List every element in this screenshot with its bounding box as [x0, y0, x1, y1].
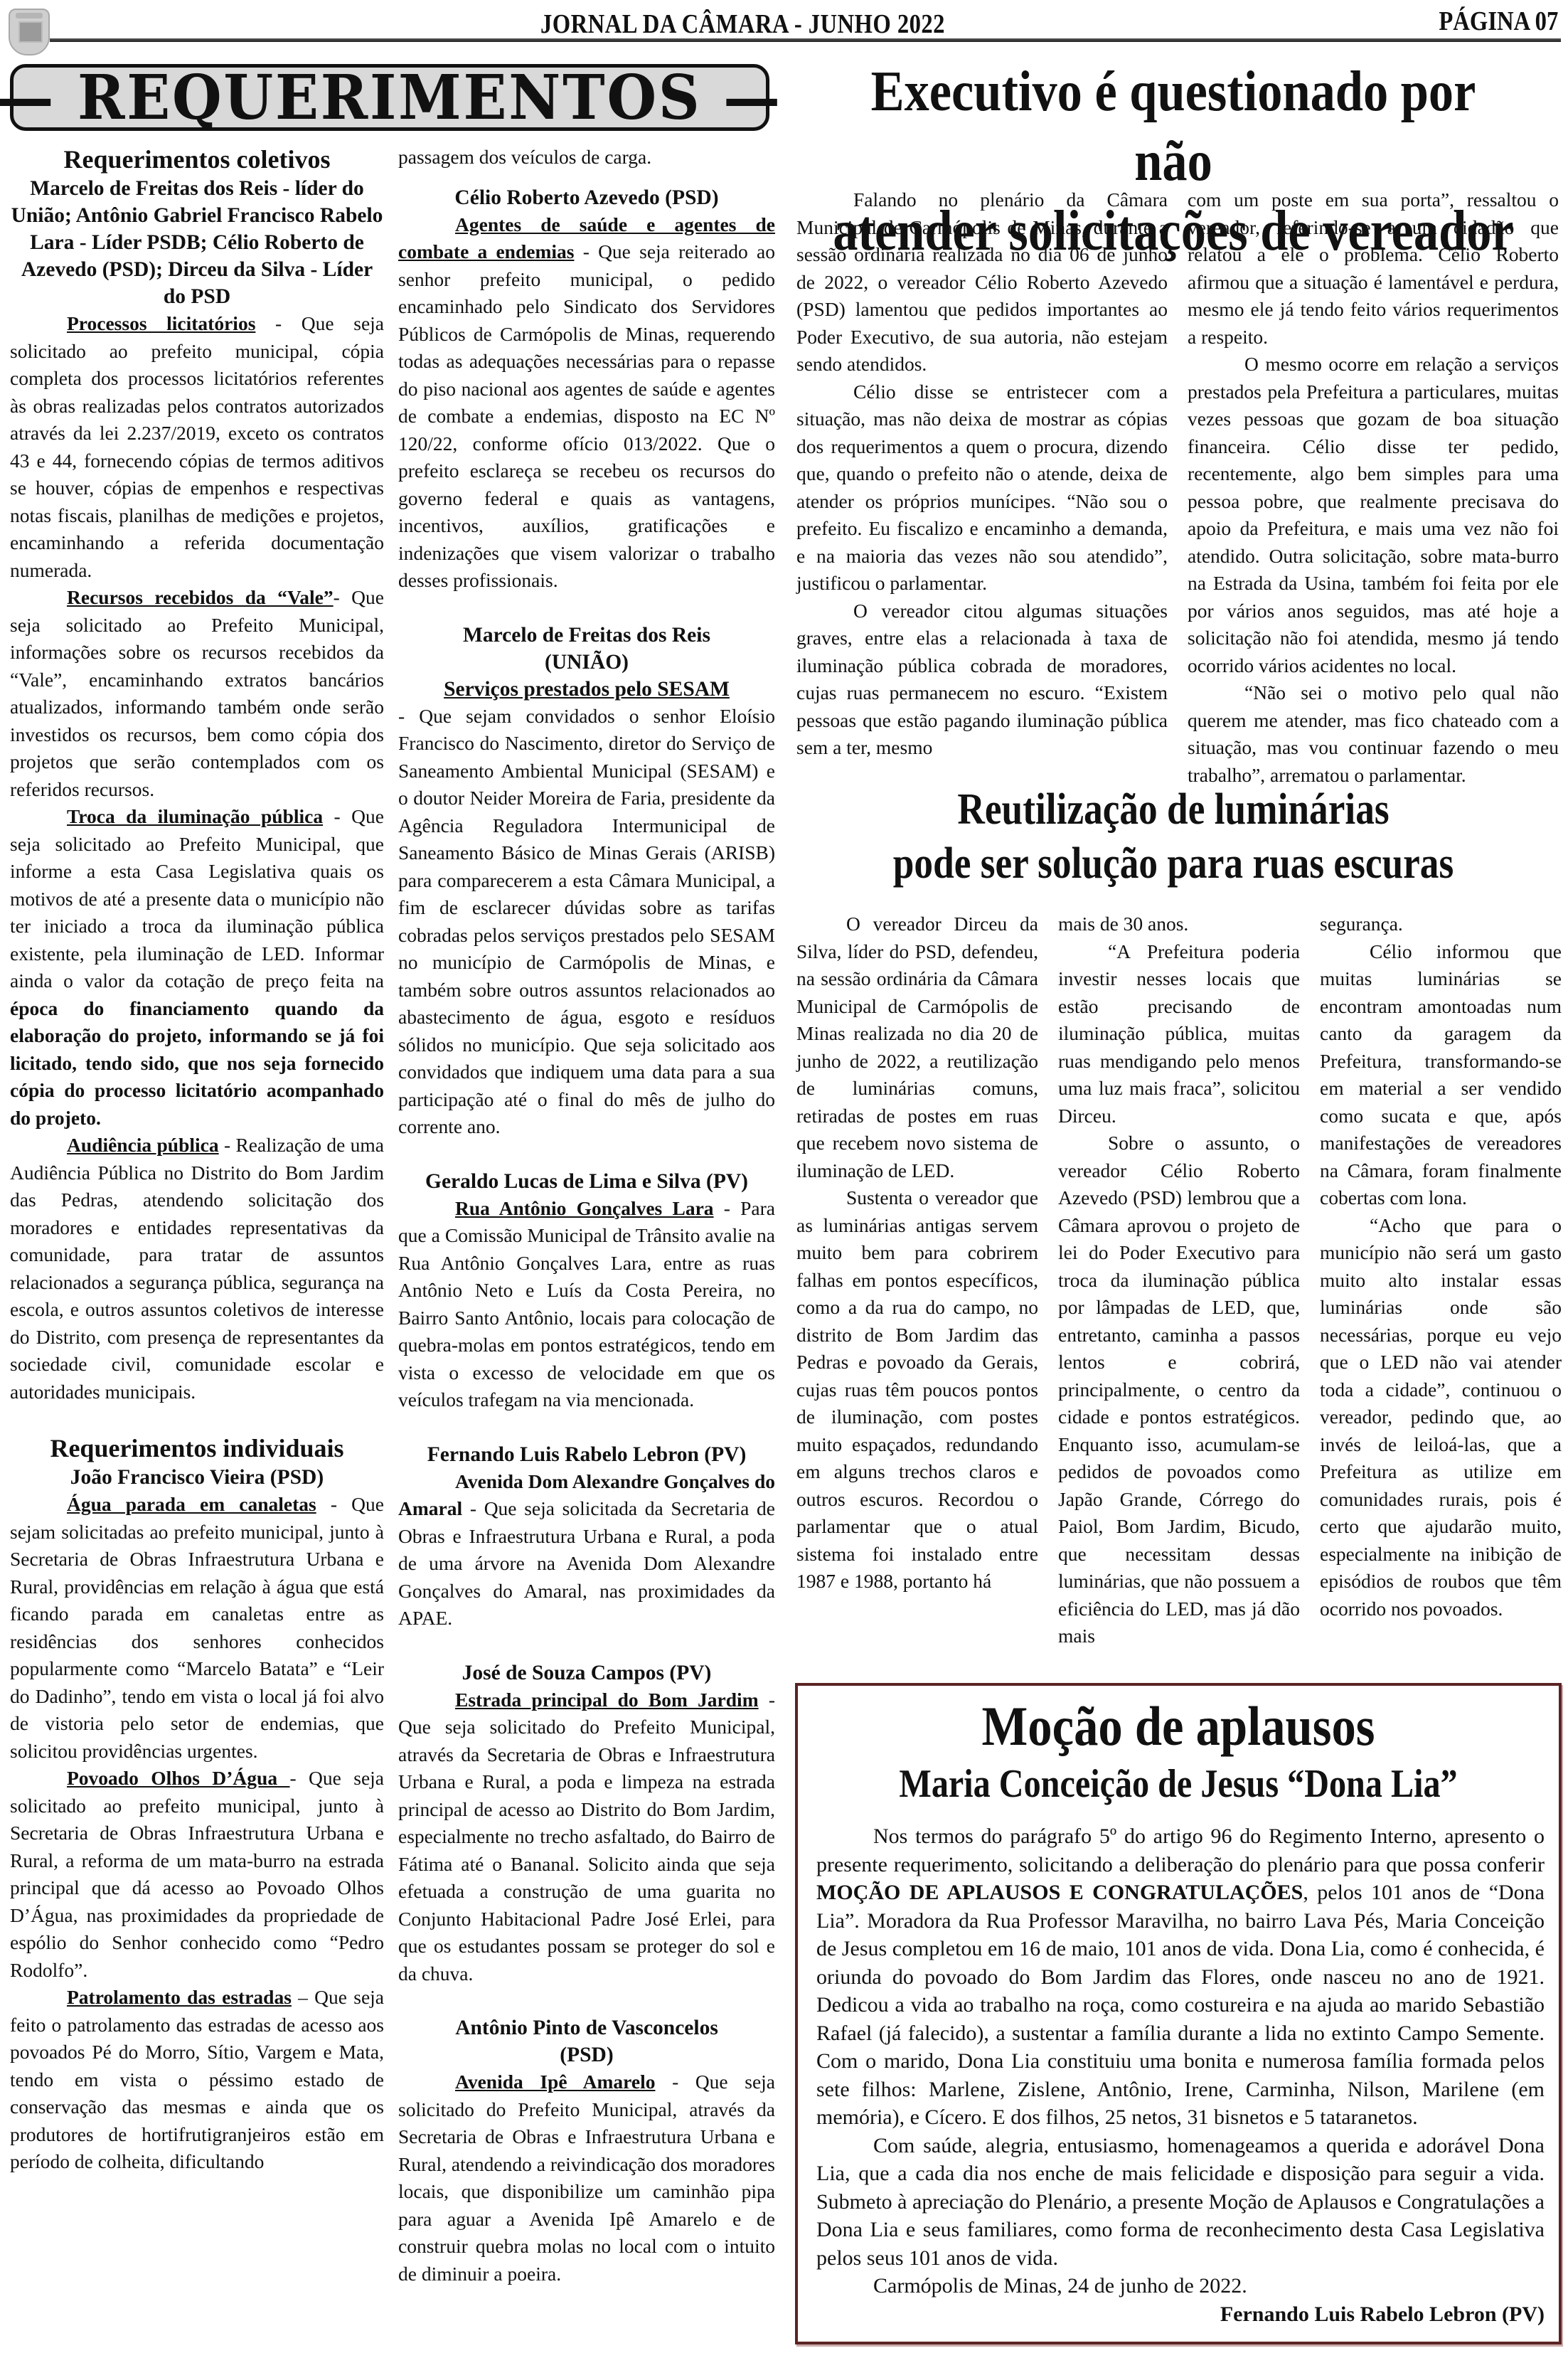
continued-text: passagem dos veículos de carga.: [398, 144, 775, 171]
request-item: Troca da iluminação pública - Que seja s…: [10, 803, 384, 1132]
page-number: PÁGINA 07: [1439, 6, 1558, 37]
coletivos-authors: Marcelo de Freitas dos Reis - líder do U…: [10, 175, 384, 310]
section-heading-individuais: Requerimentos individuais: [10, 1433, 384, 1464]
mocao-body: Nos termos do parágrafo 5º do artigo 96 …: [816, 1822, 1545, 2328]
banner-label: — REQUERIMENTOS —: [0, 62, 782, 134]
luminarias-column-1: O vereador Dirceu da Silva, líder do PSD…: [796, 910, 1038, 1595]
section-heading-coletivos: Requerimentos coletivos: [10, 144, 384, 175]
request-item: - Que sejam convidados o senhor Eloísio …: [398, 703, 775, 1141]
luminarias-column-2: mais de 30 anos. “A Prefeitura poderia i…: [1058, 910, 1300, 1650]
request-item: Rua Antônio Gonçalves Lara - Para que a …: [398, 1195, 775, 1414]
mocao-box: Moção de aplausos Maria Conceição de Jes…: [795, 1683, 1562, 2344]
author-heading: João Francisco Vieira (PSD): [10, 1464, 384, 1491]
author-heading: Célio Roberto Azevedo (PSD): [398, 184, 775, 211]
mocao-signature: Fernando Luis Rabelo Lebron (PV): [816, 2300, 1545, 2329]
requerimentos-banner: — REQUERIMENTOS —: [10, 64, 769, 131]
author-party: (PSD): [398, 2041, 775, 2068]
request-item: Povoado Olhos D’Água - Que seja solicita…: [10, 1765, 384, 1984]
author-heading: Marcelo de Freitas dos Reis: [398, 622, 775, 649]
request-title: Serviços prestados pelo SESAM: [398, 676, 775, 703]
author-heading: Geraldo Lucas de Lima e Silva (PV): [398, 1168, 775, 1195]
luminarias-column-3: segurança. Célio informou que muitas lum…: [1320, 910, 1562, 1622]
newspaper-title: JORNAL DA CÂMARA - JUNHO 2022: [540, 9, 945, 40]
headline-luminarias: Reutilização de luminárias pode ser solu…: [837, 782, 1510, 891]
request-item: Processos licitatórios - Que seja solici…: [10, 310, 384, 584]
mocao-paragraph: Com saúde, alegria, entusiasmo, homenage…: [816, 2132, 1545, 2273]
requerimentos-column-1: Requerimentos coletivos Marcelo de Freit…: [10, 144, 384, 2176]
request-item: Avenida Ipê Amarelo - Que seja solicitad…: [398, 2068, 775, 2288]
request-item: Audiência pública - Realização de uma Au…: [10, 1132, 384, 1406]
requerimentos-column-2: passagem dos veículos de carga. Célio Ro…: [398, 144, 775, 2288]
mocao-subtitle: Maria Conceição de Jesus “Dona Lia”: [851, 1761, 1505, 1807]
request-item: Patrolamento das estradas – Que seja fei…: [10, 1984, 384, 2176]
executivo-column-2: com um poste em sua porta”, ressaltou o …: [1188, 186, 1559, 789]
author-heading: Fernando Luis Rabelo Lebron (PV): [398, 1441, 775, 1468]
mocao-paragraph: Nos termos do parágrafo 5º do artigo 96 …: [816, 1822, 1545, 2132]
request-item: Avenida Dom Alexandre Gonçalves do Amara…: [398, 1468, 775, 1632]
author-heading: Antônio Pinto de Vasconcelos: [398, 2014, 775, 2041]
author-heading: José de Souza Campos (PV): [398, 1659, 775, 1687]
request-item: Estrada principal do Bom Jardim - Que se…: [398, 1687, 775, 1988]
executivo-column-1: Falando no plenário da Câmara Municipal …: [796, 186, 1168, 762]
mocao-date: Carmópolis de Minas, 24 de junho de 2022…: [816, 2272, 1545, 2300]
request-item: Agentes de saúde e agentes de combate a …: [398, 211, 775, 595]
header-divider: [50, 38, 1561, 42]
municipal-crest-icon: [9, 9, 50, 55]
request-item: Recursos recebidos da “Vale”- Que seja s…: [10, 584, 384, 803]
author-party: (UNIÃO): [398, 649, 775, 676]
request-item: Água parada em canaletas - Que sejam sol…: [10, 1491, 384, 1765]
mocao-title: Moção de aplausos: [843, 1696, 1513, 1757]
